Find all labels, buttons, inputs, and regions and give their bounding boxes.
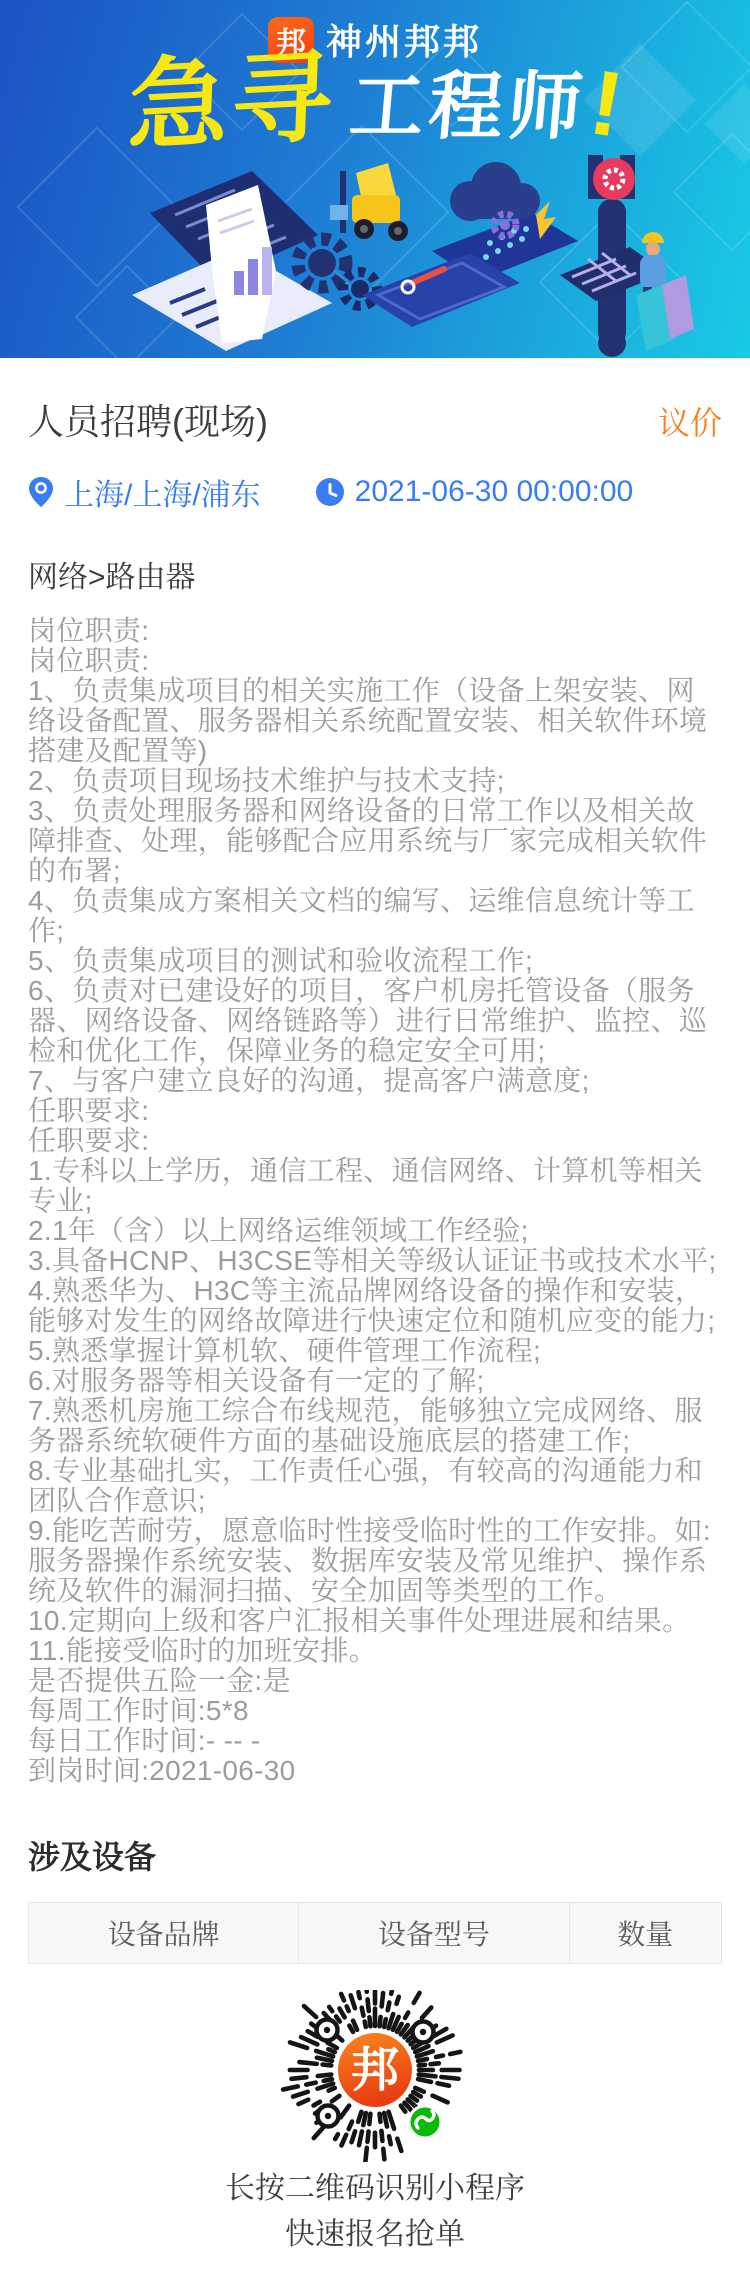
brand-name: 神州邦邦 — [326, 14, 482, 65]
price-label: 议价 — [658, 398, 722, 444]
cloud-graphic — [450, 162, 556, 239]
brand-header: 邦 神州邦邦 — [0, 14, 750, 65]
job-detail-card: 人员招聘(现场) 议价 上海/上海/浦东 2021-06-30 00:00:00… — [0, 398, 750, 2280]
banner-illustration — [0, 143, 750, 358]
qr-center-char: 邦 — [351, 2044, 399, 2097]
banner: 邦 神州邦邦 急寻 工程师 ! — [0, 0, 750, 358]
job-description: 岗位职责: 岗位职责: 1、负责集成项目的相关实施工作（设备上架安装、网络设备配… — [28, 616, 722, 1786]
job-meta: 上海/上海/浦东 2021-06-30 00:00:00 — [28, 470, 722, 514]
forklift-graphic — [330, 163, 408, 241]
miniprogram-badge-icon — [409, 2106, 441, 2138]
datetime-item: 2021-06-30 00:00:00 — [315, 475, 634, 509]
category-breadcrumb: 网络>路由器 — [28, 552, 722, 596]
brand-logo: 邦 — [268, 17, 314, 63]
devices-table: 设备品牌 设备型号 数量 — [28, 1902, 722, 1964]
datetime-text: 2021-06-30 00:00:00 — [355, 475, 634, 509]
qr-hint-line2: 快速报名抢单 — [28, 2212, 722, 2258]
qr-hint-line1: 长按二维码识别小程序 — [28, 2166, 722, 2212]
location-pin-icon — [28, 476, 54, 508]
qr-code[interactable]: 邦 — [277, 1990, 473, 2162]
devices-section-title: 涉及设备 — [28, 1832, 722, 1878]
laptop-graphic — [132, 171, 332, 351]
qr-hints: 长按二维码识别小程序 快速报名抢单 — [28, 2166, 722, 2280]
wrench-worker-graphic — [560, 155, 694, 357]
location-text: 上海/上海/浦东 — [64, 470, 261, 514]
clock-icon — [315, 477, 345, 507]
devices-col-qty: 数量 — [569, 1903, 721, 1964]
brand-logo-char: 邦 — [276, 18, 306, 62]
page-title: 人员招聘(现场) — [28, 398, 268, 446]
devices-col-model: 设备型号 — [299, 1903, 569, 1964]
devices-table-header-row: 设备品牌 设备型号 数量 — [29, 1903, 722, 1964]
devices-col-brand: 设备品牌 — [29, 1903, 299, 1964]
location-item: 上海/上海/浦东 — [28, 470, 261, 514]
